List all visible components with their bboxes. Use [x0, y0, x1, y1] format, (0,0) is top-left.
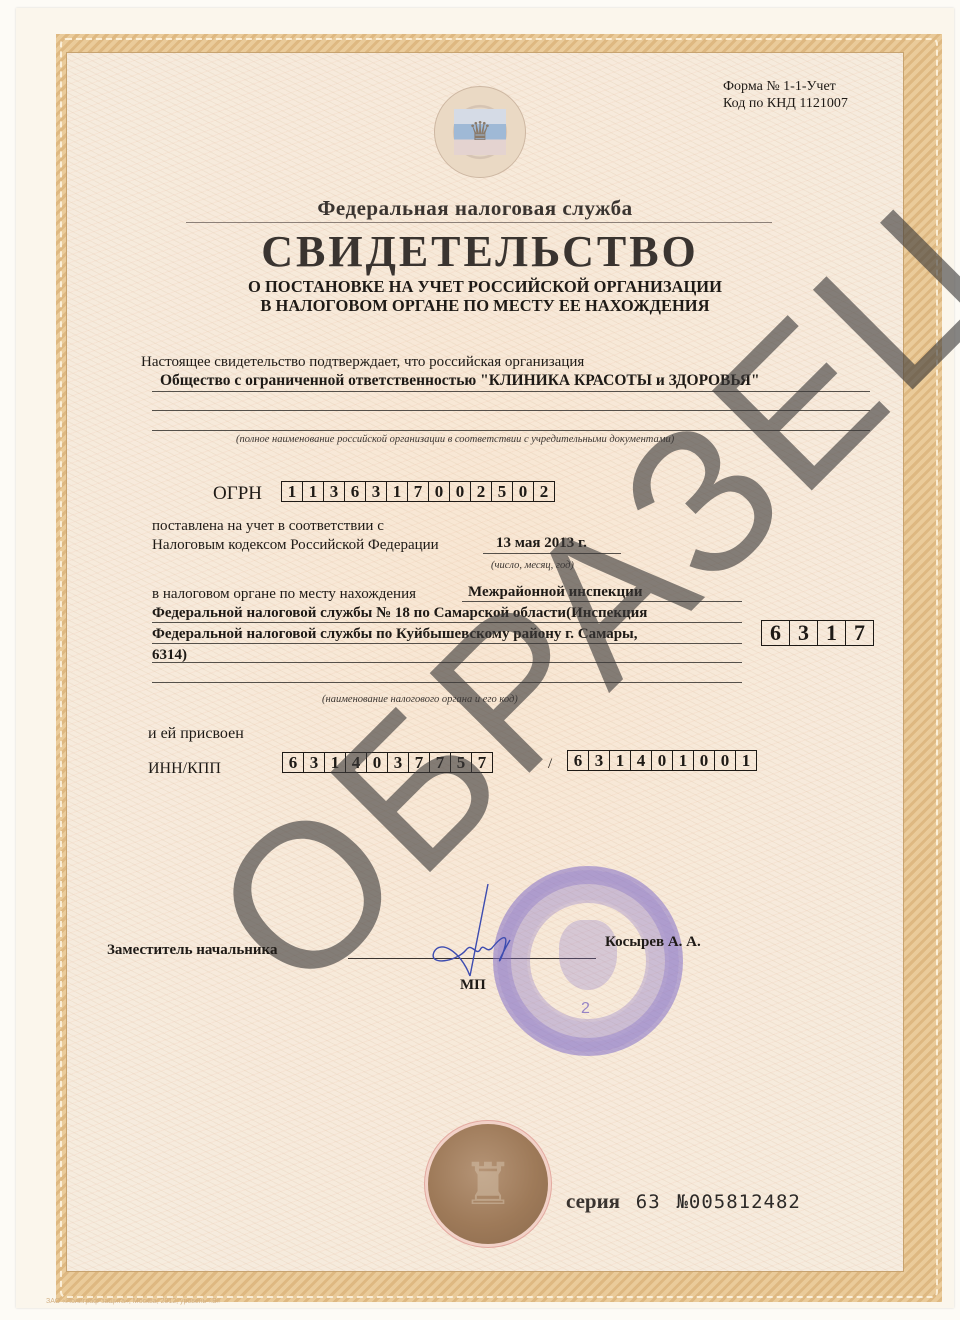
series-label: серия: [566, 1189, 620, 1213]
ogrn-digit: 6: [345, 482, 366, 501]
ogrn-digit: 3: [366, 482, 387, 501]
printer-imprint: ЗАО «Полиграф-защита», Москва, 2012, уро…: [46, 1298, 221, 1305]
authority-code-digit: 7: [846, 621, 873, 645]
authority-code-digit: 3: [790, 621, 818, 645]
series-value: 63: [636, 1191, 661, 1213]
kpp-digit: 4: [631, 751, 652, 770]
form-number: Форма № 1-1-Учет: [723, 78, 848, 95]
kpp-digit: 0: [652, 751, 673, 770]
ogrn-digit: 0: [450, 482, 471, 501]
eagle-seal-icon: ♜: [428, 1124, 548, 1244]
ogrn-field: 1136317002502: [281, 481, 555, 502]
kpp-digit: 0: [715, 751, 736, 770]
kpp-digit: 1: [736, 751, 756, 770]
form-info: Форма № 1-1-Учет Код по КНД 1121007: [723, 78, 848, 112]
signatory-name: Косырев А. А.: [605, 933, 701, 951]
ogrn-digit: 0: [513, 482, 534, 501]
ogrn-digit: 5: [492, 482, 513, 501]
stamp-eagle-icon: [559, 920, 617, 990]
kpp-digit: 0: [694, 751, 715, 770]
ogrn-digit: 7: [408, 482, 429, 501]
document-subtitle: О ПОСТАНОВКЕ НА УЧЕТ РОССИЙСКОЙ ОРГАНИЗА…: [180, 277, 790, 315]
handwritten-signature-icon: [420, 880, 540, 990]
registration-line-2: Налоговым кодексом Российской Федерации: [152, 536, 439, 554]
serial-number: №005812482: [676, 1191, 800, 1213]
ogrn-digit: 3: [324, 482, 345, 501]
authority-code-digit: 1: [818, 621, 846, 645]
stamp-number: 2: [581, 1000, 590, 1018]
tax-authority-code: 6317: [761, 620, 874, 646]
agency-name: Федеральная налоговая служба: [180, 196, 770, 221]
subtitle-line-2: В НАЛОГОВОМ ОРГАНЕ ПО МЕСТУ ЕЕ НАХОЖДЕНИ…: [180, 296, 790, 315]
header-divider: [186, 222, 772, 223]
signatory-position: Заместитель начальника: [107, 941, 277, 959]
mp-label: МП: [460, 976, 486, 994]
assigned-label: и ей присвоен: [148, 725, 244, 743]
authority-code-digit: 6: [762, 621, 790, 645]
knd-code: Код по КНД 1121007: [723, 95, 848, 112]
document-title: СВИДЕТЕЛЬСТВО: [180, 226, 780, 277]
intro-text: Настоящее свидетельство подтверждает, чт…: [141, 353, 584, 371]
kpp-digit: 1: [673, 751, 694, 770]
ogrn-digit: 1: [387, 482, 408, 501]
ogrn-digit: 1: [303, 482, 324, 501]
ogrn-label: ОГРН: [213, 483, 262, 505]
ogrn-digit: 2: [471, 482, 492, 501]
subtitle-line-1: О ПОСТАНОВКЕ НА УЧЕТ РОССИЙСКОЙ ОРГАНИЗА…: [180, 277, 790, 296]
series-number: серия 63 №005812482: [566, 1189, 801, 1214]
hologram-emblem-icon: ♛: [434, 86, 526, 178]
tax-authority-intro: в налоговом органе по месту нахождения: [152, 585, 416, 603]
ogrn-digit: 1: [282, 482, 303, 501]
inn-kpp-label: ИНН/КПП: [148, 760, 221, 778]
kpp-digit: 1: [610, 751, 631, 770]
coat-of-arms-icon: ♛: [454, 109, 506, 155]
registration-line-1: поставлена на учет в соответствии с: [152, 517, 384, 535]
ogrn-digit: 0: [429, 482, 450, 501]
